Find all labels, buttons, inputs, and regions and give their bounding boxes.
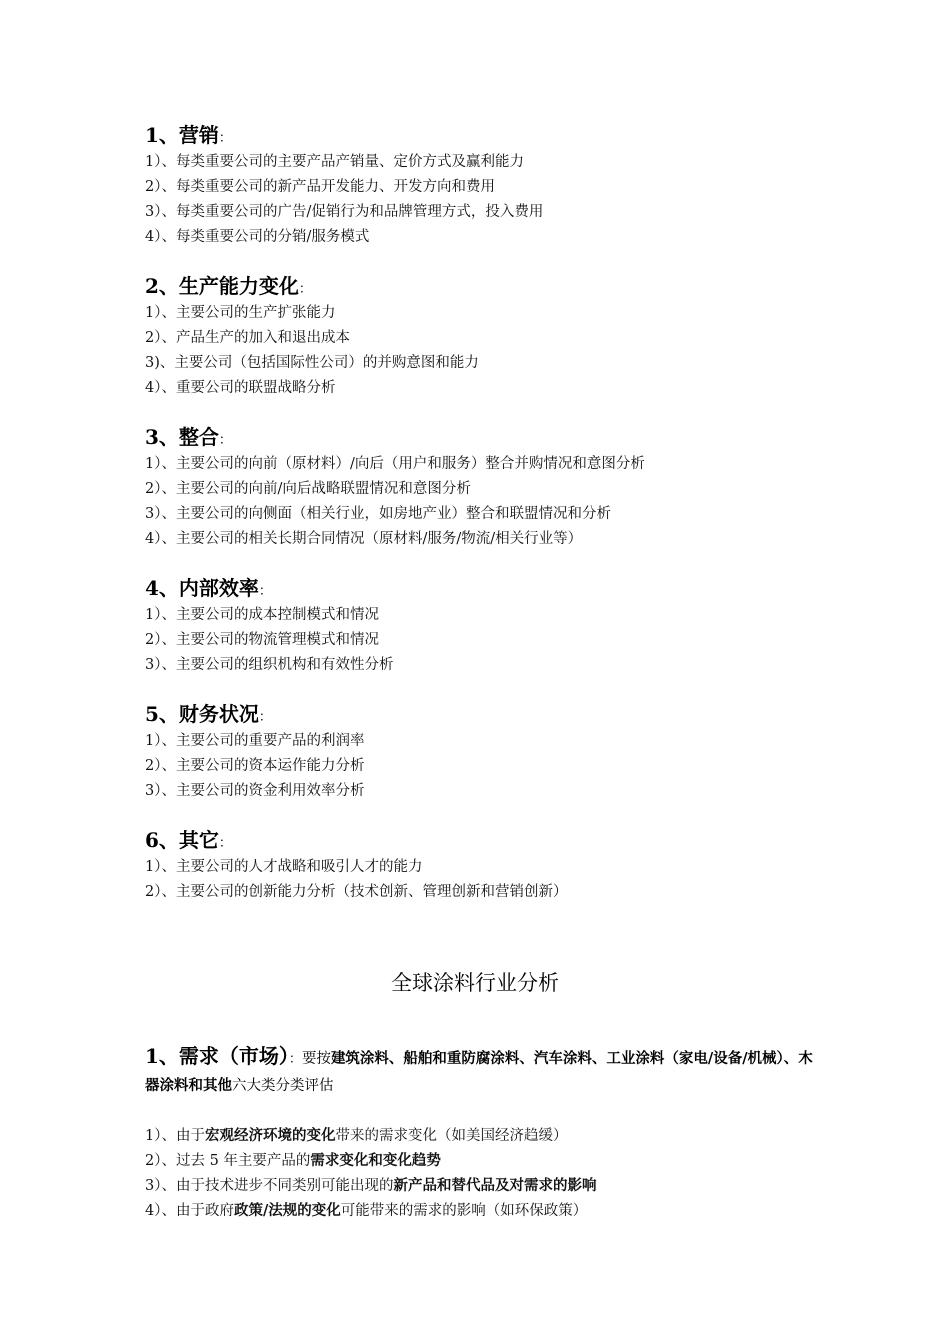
list-item: 4）、每类重要公司的分销/服务模式 xyxy=(145,225,825,250)
document-title: 全球涂料行业分析 xyxy=(0,968,950,998)
document-body: 1、营销： 1）、每类重要公司的主要产品产销量、定价方式及赢利能力 2）、每类重… xyxy=(145,120,825,926)
list-item: 1）、每类重要公司的主要产品产销量、定价方式及赢利能力 xyxy=(145,150,825,175)
list-item: 1）、主要公司的成本控制模式和情况 xyxy=(145,603,825,628)
list-item: 2）、主要公司的向前/向后战略联盟情况和意图分析 xyxy=(145,477,825,502)
list-item: 3）、主要公司的组织机构和有效性分析 xyxy=(145,653,825,678)
list-item: 3）、每类重要公司的广告/促销行为和品牌管理方式，投入费用 xyxy=(145,200,825,225)
section-integration: 3、整合： 1）、主要公司的向前（原材料）/向后（用户和服务）整合并购情况和意图… xyxy=(145,422,825,552)
list-item: 2）、主要公司的资本运作能力分析 xyxy=(145,754,825,779)
demand-heading-paragraph: 1、需求（市场）：要按建筑涂料、船舶和重防腐涂料、汽车涂料、工业涂料（家电/设备… xyxy=(145,1043,815,1099)
list-item: 4）、主要公司的相关长期合同情况（原材料/服务/物流/相关行业等） xyxy=(145,527,825,552)
list-item: 3）、由于技术进步不同类别可能出现的新产品和替代品及对需求的影响 xyxy=(145,1173,815,1198)
section-other: 6、其它： 1）、主要公司的人才战略和吸引人才的能力 2）、主要公司的创新能力分… xyxy=(145,825,825,905)
list-item: 1）、主要公司的人才战略和吸引人才的能力 xyxy=(145,855,825,880)
list-item: 4）、重要公司的联盟战略分析 xyxy=(145,376,825,401)
list-item: 3）、主要公司的资金利用效率分析 xyxy=(145,779,825,804)
section-heading: 2、生产能力变化： xyxy=(145,271,825,301)
list-item: 3)、主要公司（包括国际性公司）的并购意图和能力 xyxy=(145,351,825,376)
section-heading: 5、财务状况： xyxy=(145,699,825,729)
demand-list: 1）、由于宏观经济环境的变化带来的需求变化（如美国经济趋缓） 2）、过去 5 年… xyxy=(145,1123,815,1223)
section-financial-status: 5、财务状况： 1）、主要公司的重要产品的利润率 2）、主要公司的资本运作能力分… xyxy=(145,699,825,804)
list-item: 4）、由于政府政策/法规的变化可能带来的需求的影响（如环保政策） xyxy=(145,1198,815,1223)
section-capacity-change: 2、生产能力变化： 1）、主要公司的生产扩张能力 2）、产品生产的加入和退出成本… xyxy=(145,271,825,401)
list-item: 2）、主要公司的物流管理模式和情况 xyxy=(145,628,825,653)
list-item: 2）、过去 5 年主要产品的需求变化和变化趋势 xyxy=(145,1148,815,1173)
list-item: 1）、主要公司的重要产品的利润率 xyxy=(145,729,825,754)
list-item: 2）、主要公司的创新能力分析（技术创新、管理创新和营销创新） xyxy=(145,880,825,905)
section-internal-efficiency: 4、内部效率： 1）、主要公司的成本控制模式和情况 2）、主要公司的物流管理模式… xyxy=(145,573,825,678)
section-heading: 6、其它： xyxy=(145,825,825,855)
list-item: 1）、主要公司的向前（原材料）/向后（用户和服务）整合并购情况和意图分析 xyxy=(145,452,825,477)
list-item: 1）、由于宏观经济环境的变化带来的需求变化（如美国经济趋缓） xyxy=(145,1123,815,1148)
section-heading: 1、需求（市场） xyxy=(145,1044,289,1068)
section-heading: 1、营销： xyxy=(145,120,825,150)
list-item: 2）、产品生产的加入和退出成本 xyxy=(145,326,825,351)
section-demand: 1、需求（市场）：要按建筑涂料、船舶和重防腐涂料、汽车涂料、工业涂料（家电/设备… xyxy=(145,1043,815,1223)
list-item: 3）、主要公司的向侧面（相关行业，如房地产业）整合和联盟情况和分析 xyxy=(145,502,825,527)
section-heading: 4、内部效率： xyxy=(145,573,825,603)
list-item: 1）、主要公司的生产扩张能力 xyxy=(145,301,825,326)
list-item: 2）、每类重要公司的新产品开发能力、开发方向和费用 xyxy=(145,175,825,200)
section-marketing: 1、营销： 1）、每类重要公司的主要产品产销量、定价方式及赢利能力 2）、每类重… xyxy=(145,120,825,250)
section-heading: 3、整合： xyxy=(145,422,825,452)
